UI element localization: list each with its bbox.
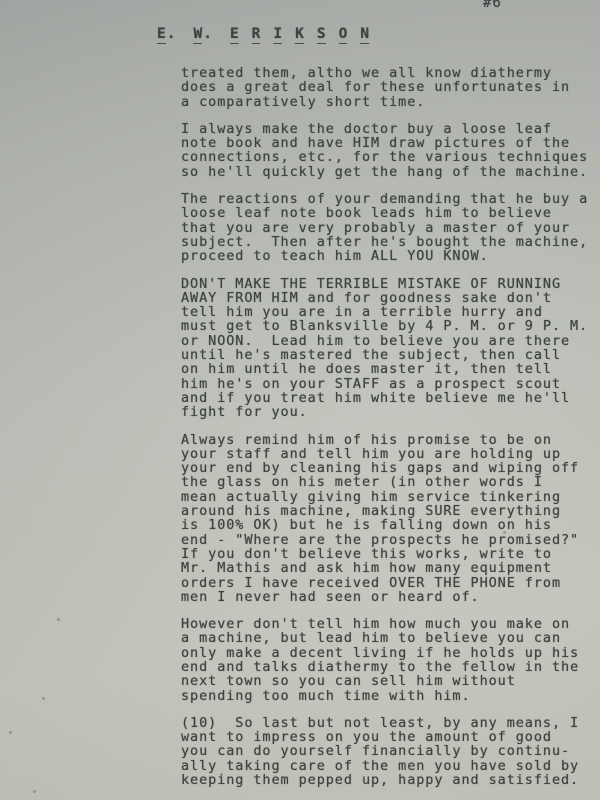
heading-letter: O [339,26,348,44]
heading-letter: I [273,26,282,44]
paragraph: However don't tell him how much you make… [181,617,581,703]
heading-space [212,26,217,42]
page-number: #6 [483,0,502,11]
paragraph: DON'T MAKE THE TERRIBLE MISTAKE OF RUNNI… [181,277,581,420]
document-body: treated them, altho we all know diatherm… [181,66,581,800]
heading-letter: E [157,26,166,44]
paragraph: The reactions of your demanding that he … [181,192,581,263]
heading-letter: K [295,26,304,44]
heading-letter: S [317,26,326,44]
heading-space [175,26,180,42]
heading-letter: R [252,26,261,44]
paper-speck [503,531,506,534]
paragraph: treated them, altho we all know diatherm… [181,66,581,109]
paragraph: (10) So last but not least, by any means… [181,716,581,787]
author-heading: E. W. ERIKSON [157,26,369,44]
paragraph: I always make the doctor buy a loose lea… [181,122,581,179]
heading-letter: E [230,26,239,44]
heading-period: . [203,26,212,42]
scanned-typewritten-page: #6 E. W. ERIKSON treated them, altho we … [0,0,600,800]
paper-speck [33,790,36,793]
heading-letter: N [360,26,369,44]
paper-speck [9,731,12,734]
paragraph: Always remind him of his promise to be o… [181,433,581,605]
heading-letter: W [193,26,202,44]
paper-speck [57,618,60,621]
paper-speck [42,697,45,700]
